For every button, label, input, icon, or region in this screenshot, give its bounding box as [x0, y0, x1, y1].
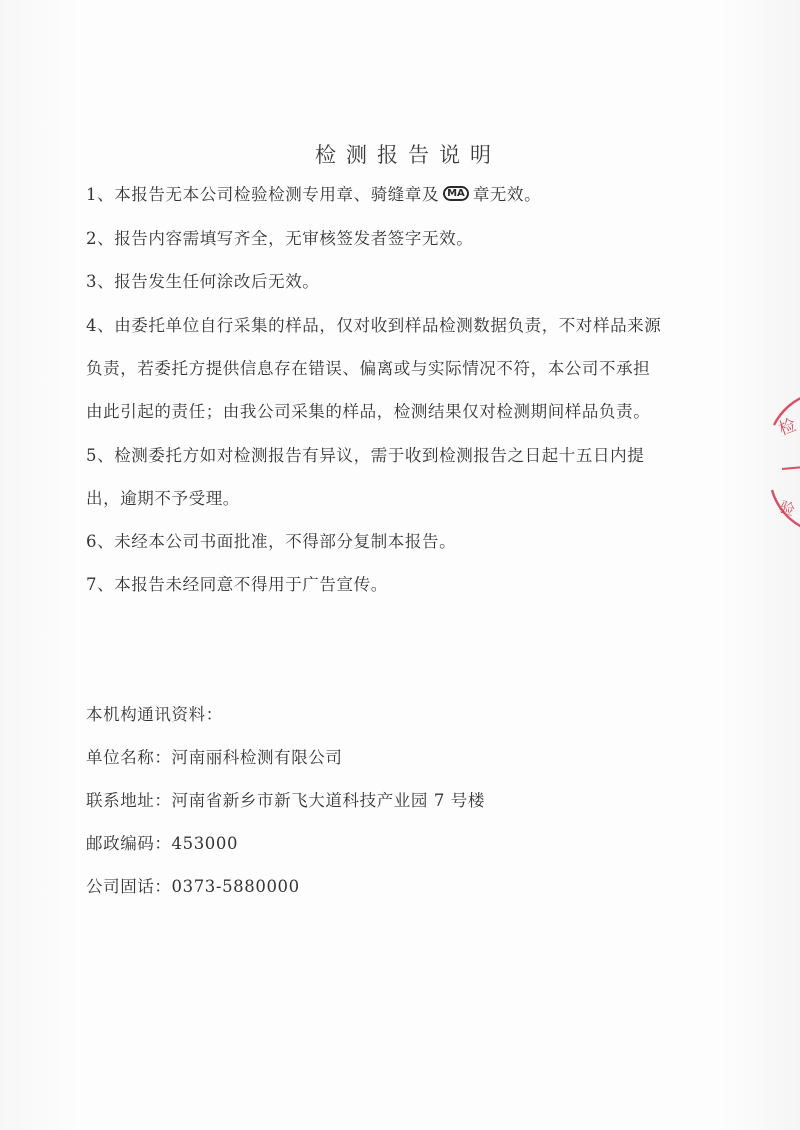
phone-value: 0373-5880000 [172, 877, 300, 896]
note-4-line-2: 负责，若委托方提供信息存在错误、偏离或与实际情况不符，本公司不承担 [86, 359, 650, 379]
note-1: 1、本报告无本公司检验检测专用章、骑缝章及MA章无效。 [86, 185, 541, 205]
stamp-char-1: 检 [776, 415, 799, 440]
note-2: 2、报告内容需填写齐全，无审核签发者签字无效。 [86, 229, 473, 249]
note-4-line-1: 4、由委托单位自行采集的样品，仅对收到样品检测数据负责，不对样品来源 [86, 316, 661, 336]
contact-heading: 本机构通讯资料： [86, 705, 223, 725]
note-5-line-2: 出，逾期不予受理。 [86, 489, 240, 509]
seal-stamp-icon: 检 验 [768, 385, 800, 535]
page-title: 检测报告说明 [0, 139, 800, 169]
note-3: 3、报告发生任何涂改后无效。 [86, 272, 319, 292]
company-value: 河南丽科检测有限公司 [172, 748, 343, 767]
note-1-text-after: 章无效。 [473, 185, 541, 204]
note-7: 7、本报告未经同意不得用于广告宣传。 [86, 575, 388, 595]
stamp-char-2: 验 [777, 497, 797, 519]
address-label: 联系地址： [86, 791, 172, 810]
contact-phone: 公司固话：0373-5880000 [86, 877, 300, 897]
contact-address: 联系地址：河南省新乡市新飞大道科技产业园 7 号楼 [86, 791, 485, 811]
note-5-line-1: 5、检测委托方如对检测报告有异议，需于收到检测报告之日起十五日内提 [86, 446, 644, 466]
contact-company: 单位名称：河南丽科检测有限公司 [86, 748, 343, 768]
postcode-value: 453000 [172, 834, 239, 853]
cma-mark-icon: MA [443, 186, 469, 201]
note-1-text-before: 1、本报告无本公司检验检测专用章、骑缝章及 [86, 185, 439, 204]
postcode-label: 邮政编码： [86, 834, 172, 853]
note-4-line-3: 由此引起的责任；由我公司采集的样品，检测结果仅对检测期间样品负责。 [86, 402, 650, 422]
note-6: 6、未经本公司书面批准，不得部分复制本报告。 [86, 532, 456, 552]
report-page: 检测报告说明 1、本报告无本公司检验检测专用章、骑缝章及MA章无效。 2、报告内… [0, 0, 800, 1130]
company-label: 单位名称： [86, 748, 172, 767]
contact-postcode: 邮政编码：453000 [86, 834, 238, 854]
phone-label: 公司固话： [86, 877, 172, 896]
address-value: 河南省新乡市新飞大道科技产业园 7 号楼 [172, 791, 486, 810]
